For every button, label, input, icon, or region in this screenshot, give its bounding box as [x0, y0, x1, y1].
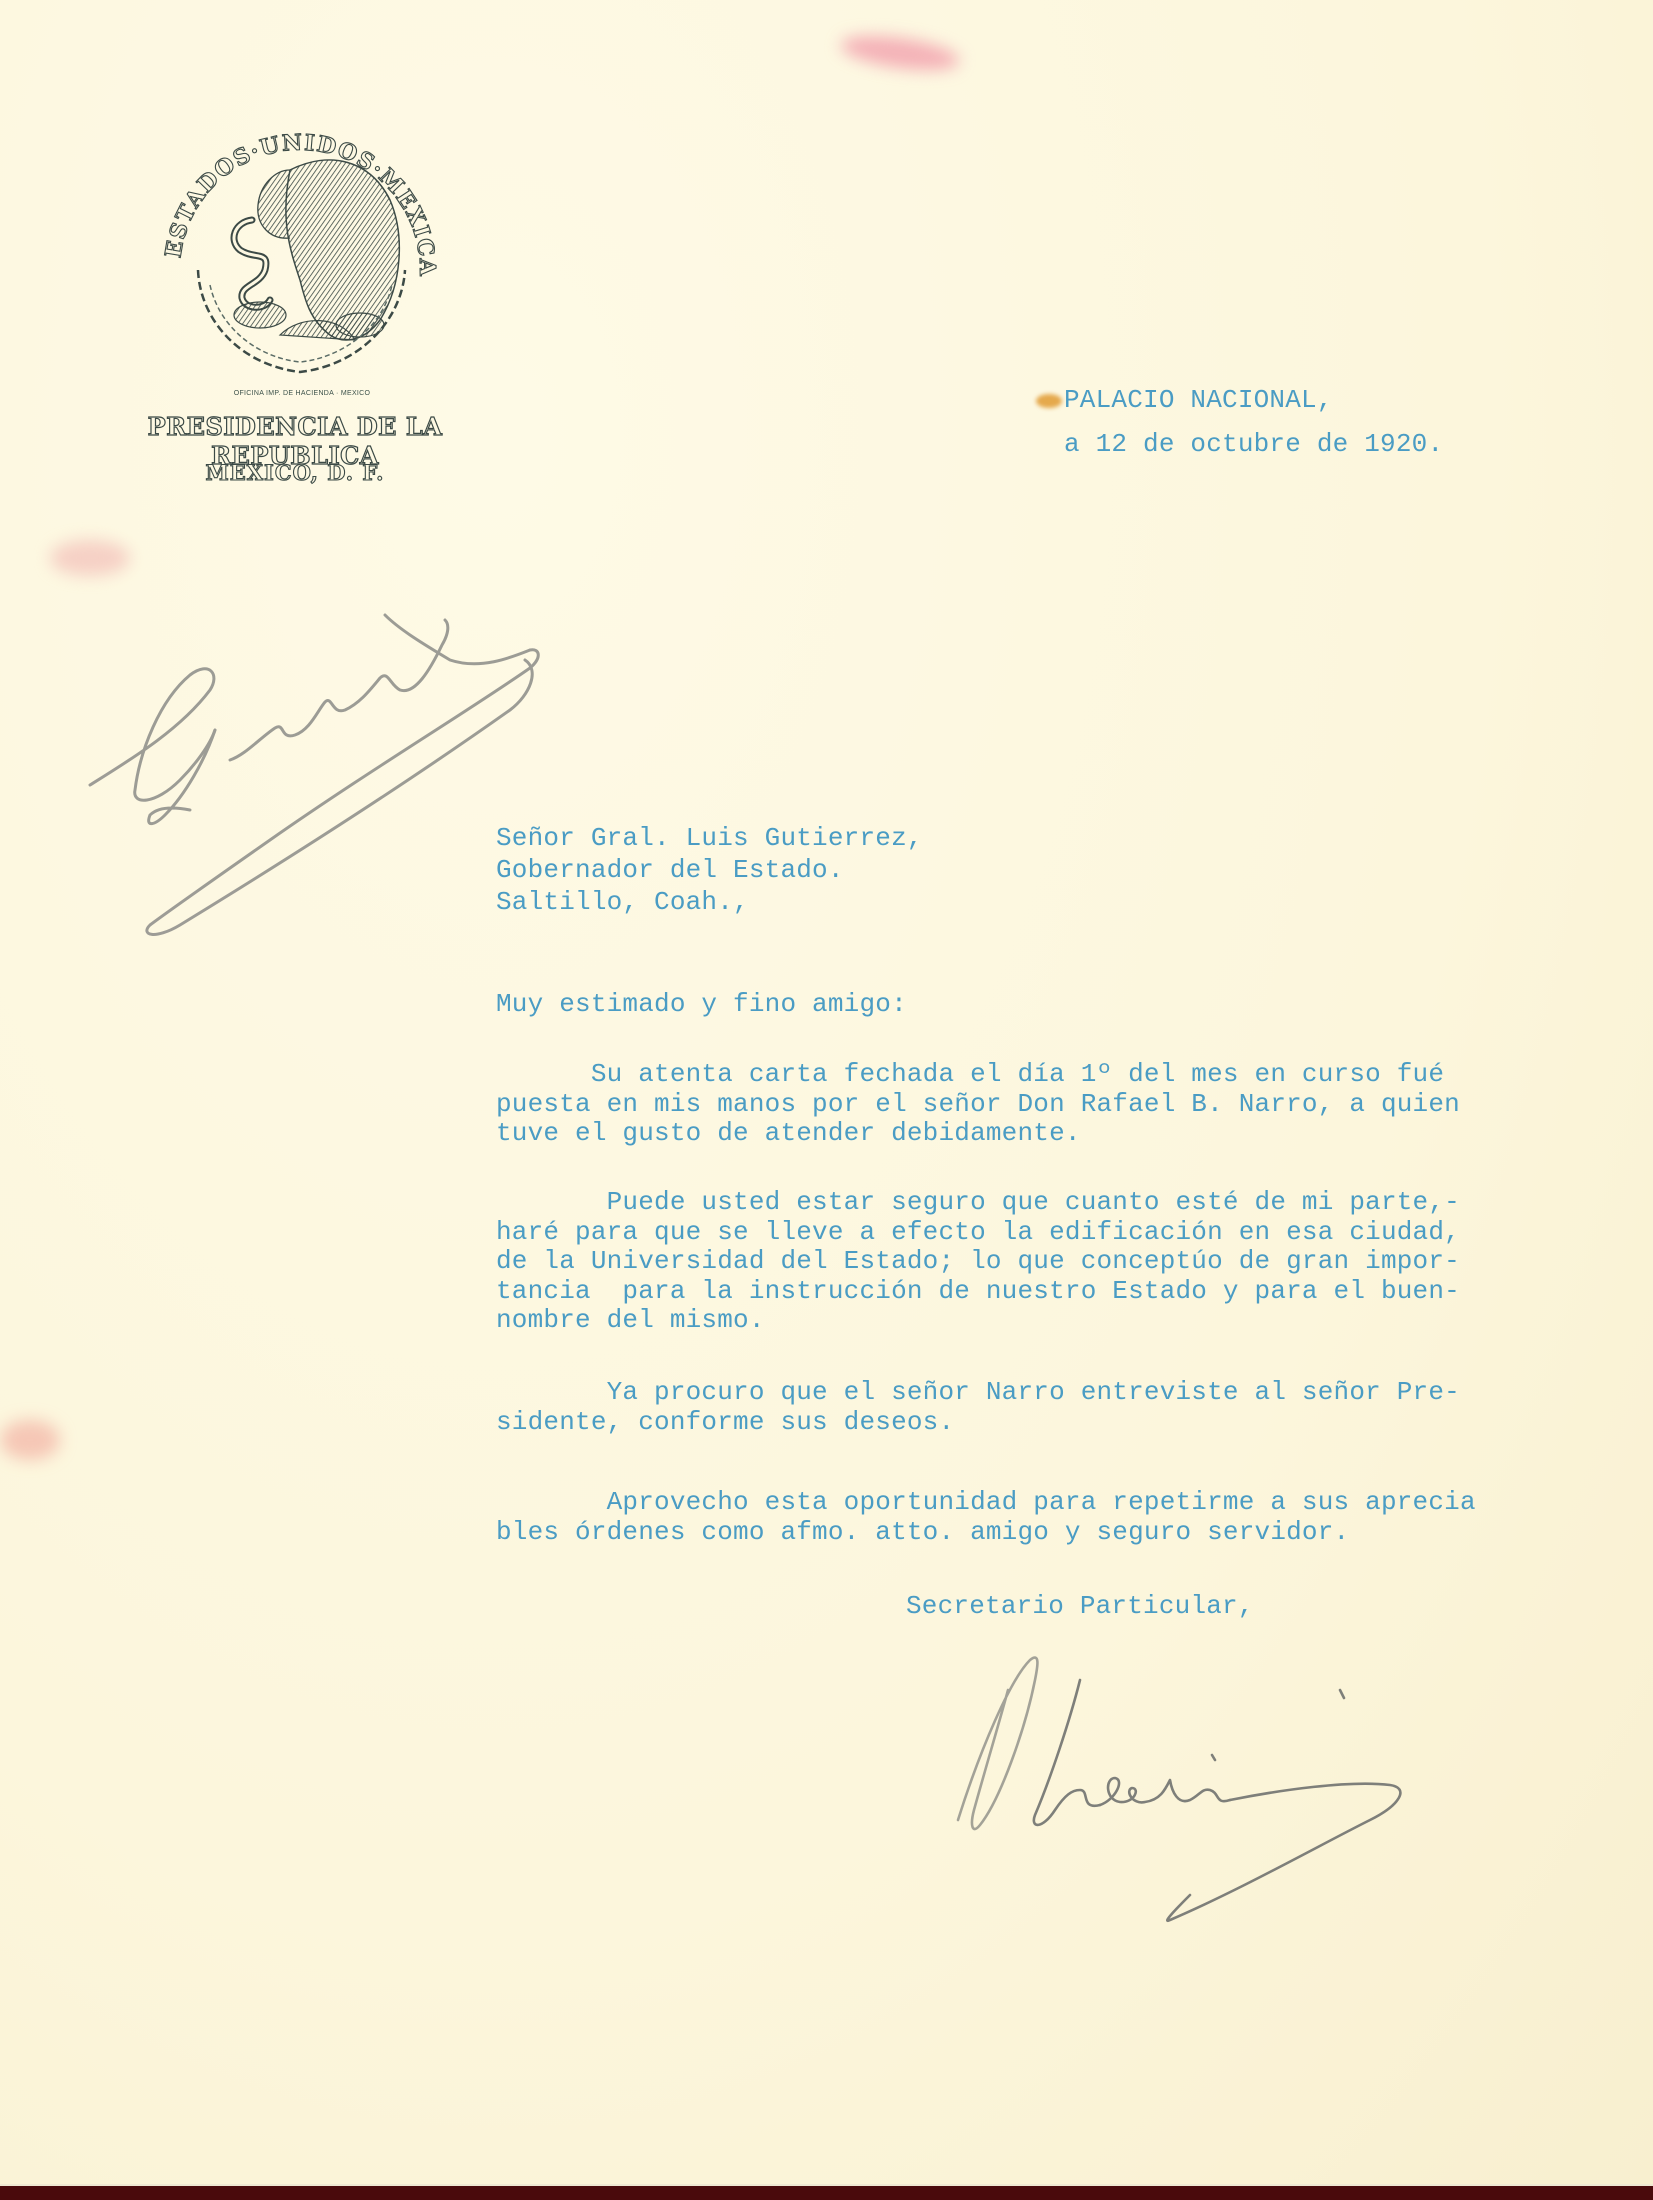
page-edge-strip — [0, 2184, 1653, 2200]
pencil-annotation-signature-icon — [70, 590, 630, 990]
body-paragraph-3: Ya procuro que el señor Narro entreviste… — [496, 1378, 1460, 1437]
seal-imprint: OFICINA IMP. DE HACIENDA · MEXICO — [232, 390, 372, 397]
letterhead-city: MEXICO, D. F. — [60, 460, 530, 485]
recipient-name: Señor Gral. Luis Gutierrez, — [496, 823, 923, 853]
recipient-city: Saltillo, Coah., — [496, 887, 749, 917]
dateline-place: PALACIO NACIONAL, — [1064, 386, 1333, 415]
pink-stain — [50, 540, 130, 576]
closing-title: Secretario Particular, — [906, 1592, 1254, 1621]
amber-stain — [1036, 394, 1062, 408]
recipient-address: Señor Gral. Luis Gutierrez, Gobernador d… — [496, 822, 923, 918]
dateline-date: a 12 de octubre de 1920. — [1064, 430, 1443, 459]
body-paragraph-1: Su atenta carta fechada el día 1º del me… — [496, 1060, 1460, 1149]
mexican-coat-of-arms-seal-icon: ESTADOS·UNIDOS·MEXICANOS — [140, 100, 460, 400]
ink-signature-icon — [940, 1640, 1420, 1960]
pink-stain — [0, 1420, 60, 1460]
body-paragraph-4: Aprovecho esta oportunidad para repetirm… — [496, 1488, 1476, 1547]
body-paragraph-2: Puede usted estar seguro que cuanto esté… — [496, 1188, 1460, 1336]
salutation: Muy estimado y fino amigo: — [496, 990, 907, 1019]
recipient-title: Gobernador del Estado. — [496, 855, 844, 885]
